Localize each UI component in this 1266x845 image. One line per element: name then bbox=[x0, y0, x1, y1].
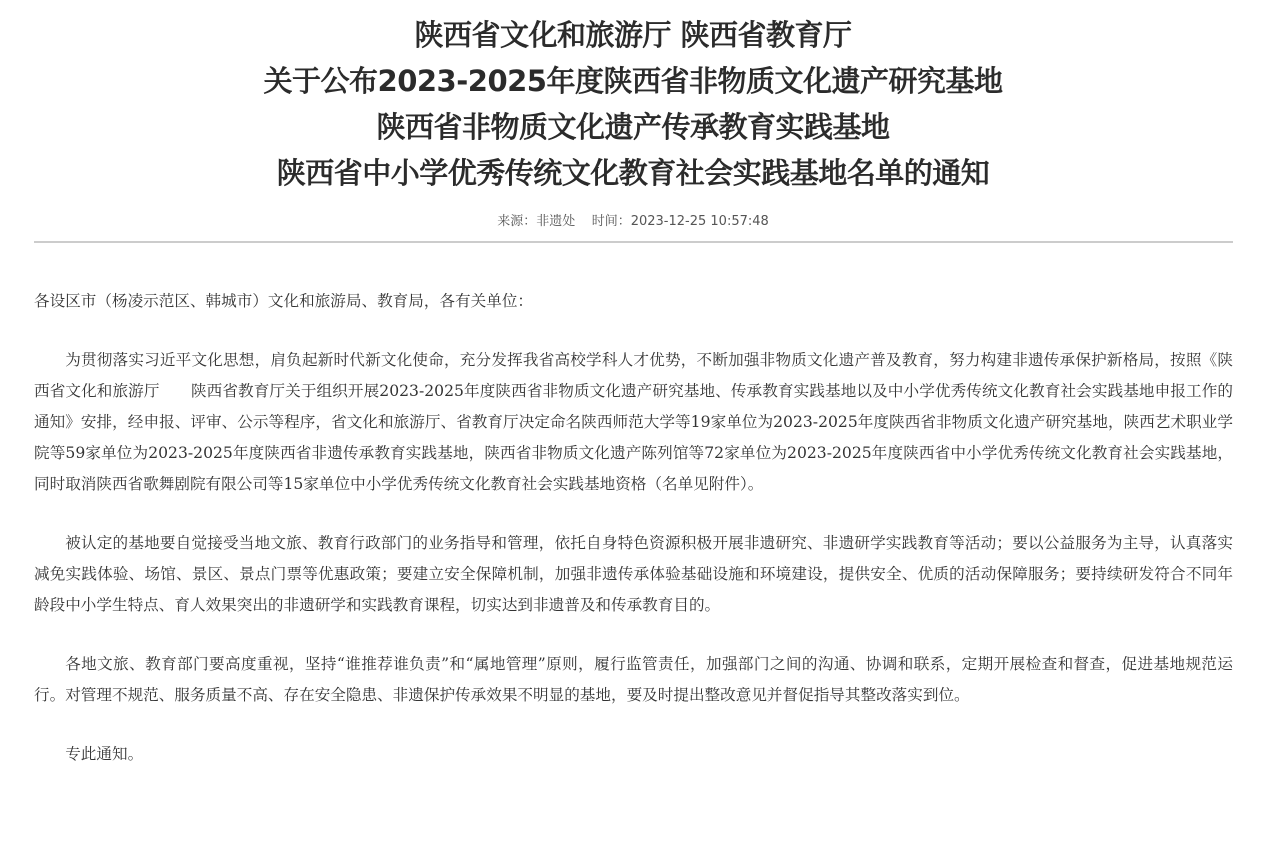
title-divider bbox=[34, 241, 1233, 243]
article-title: 陕西省文化和旅游厅 陕西省教育厅 关于公布2023-2025年度陕西省非物质文化… bbox=[0, 12, 1266, 196]
article-body: 各设区市（杨凌示范区、韩城市）文化和旅游局、教育局，各有关单位： 为贯彻落实习近… bbox=[34, 286, 1233, 798]
title-line-1: 陕西省文化和旅游厅 陕西省教育厅 bbox=[0, 12, 1266, 58]
paragraph-2: 被认定的基地要自觉接受当地文旅、教育行政部门的业务指导和管理，依托自身特色资源积… bbox=[34, 528, 1233, 621]
closing-paragraph: 专此通知。 bbox=[34, 739, 1233, 770]
salutation: 各设区市（杨凌示范区、韩城市）文化和旅游局、教育局，各有关单位： bbox=[34, 286, 1233, 317]
paragraph-1: 为贯彻落实习近平文化思想，肩负起新时代新文化使命，充分发挥我省高校学科人才优势，… bbox=[34, 345, 1233, 500]
title-line-4: 陕西省中小学优秀传统文化教育社会实践基地名单的通知 bbox=[0, 150, 1266, 196]
article-meta: 来源：非遗处 时间：2023-12-25 10:57:48 bbox=[0, 210, 1266, 229]
title-line-2: 关于公布2023-2025年度陕西省非物质文化遗产研究基地 bbox=[0, 58, 1266, 104]
paragraph-3: 各地文旅、教育部门要高度重视，坚持“谁推荐谁负责”和“属地管理”原则，履行监管责… bbox=[34, 649, 1233, 711]
title-line-3: 陕西省非物质文化遗产传承教育实践基地 bbox=[0, 104, 1266, 150]
